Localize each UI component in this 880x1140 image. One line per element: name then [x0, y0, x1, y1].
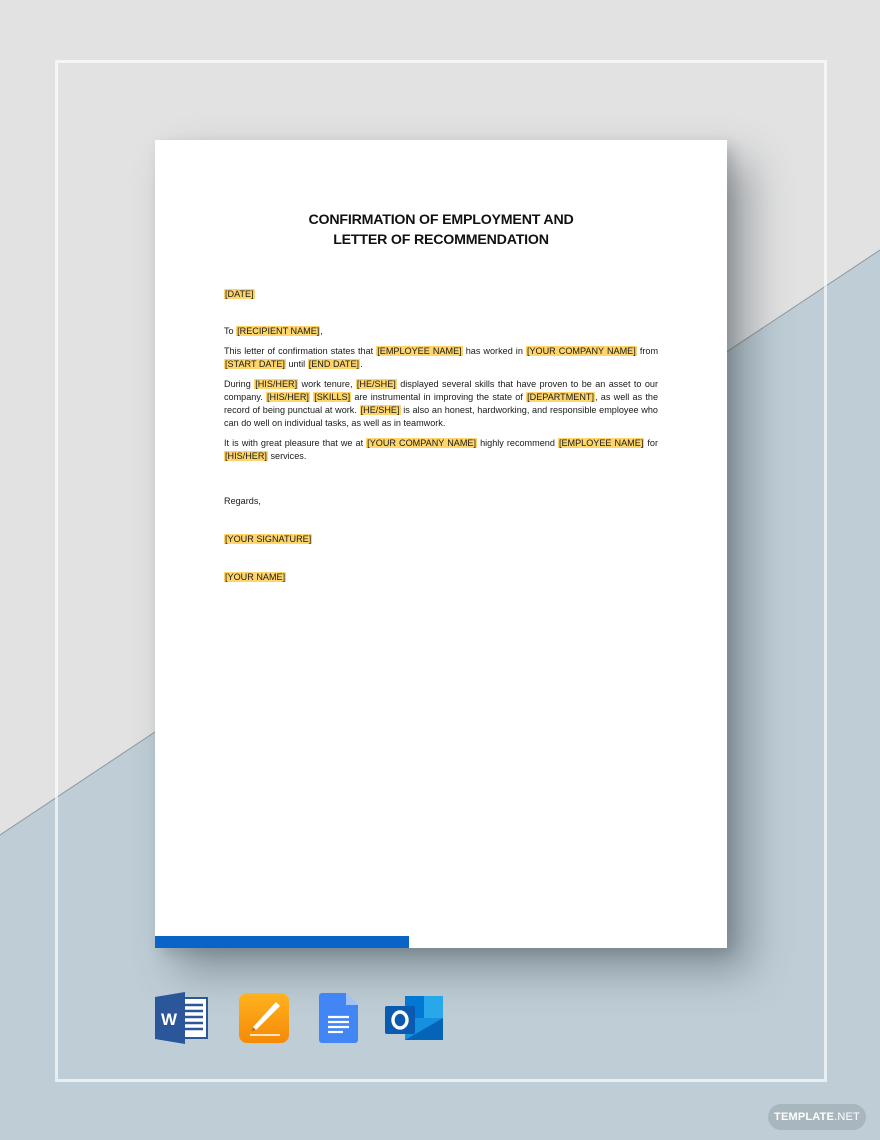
- paragraph-confirmation: This letter of confirmation states that …: [224, 345, 658, 371]
- format-icons: W: [155, 992, 455, 1046]
- recipient-placeholder: [RECIPIENT NAME]: [236, 326, 320, 336]
- employee-name-placeholder: [EMPLOYEE NAME]: [558, 438, 644, 448]
- name-placeholder: [YOUR NAME]: [224, 572, 286, 582]
- svg-text:W: W: [161, 1010, 178, 1029]
- signature-placeholder: [YOUR SIGNATURE]: [224, 534, 312, 544]
- his-her-placeholder: [HIS/HER]: [254, 379, 298, 389]
- date-placeholder: [DATE]: [224, 289, 255, 299]
- paragraph-skills: During [HIS/HER] work tenure, [HE/SHE] d…: [224, 378, 658, 430]
- pages-icon[interactable]: [238, 992, 290, 1044]
- template-net-watermark: TEMPLATE.NET: [768, 1104, 866, 1130]
- accent-bar: [155, 936, 409, 948]
- closing: Regards,: [224, 495, 658, 508]
- his-her-placeholder: [HIS/HER]: [224, 451, 268, 461]
- employee-name-placeholder: [EMPLOYEE NAME]: [376, 346, 462, 356]
- title-line-1: CONFIRMATION OF EMPLOYMENT AND: [155, 210, 727, 230]
- name-line: [YOUR NAME]: [224, 571, 658, 584]
- title-line-2: LETTER OF RECOMMENDATION: [155, 230, 727, 250]
- department-placeholder: [DEPARTMENT]: [526, 392, 595, 402]
- end-date-placeholder: [END DATE]: [308, 359, 360, 369]
- start-date-placeholder: [START DATE]: [224, 359, 286, 369]
- document-body: [DATE] To [RECIPIENT NAME], This letter …: [224, 288, 658, 584]
- he-she-placeholder: [HE/SHE]: [360, 405, 401, 415]
- skills-placeholder: [SKILLS]: [313, 392, 351, 402]
- company-name-placeholder: [YOUR COMPANY NAME]: [526, 346, 637, 356]
- document-title: CONFIRMATION OF EMPLOYMENT AND LETTER OF…: [155, 210, 727, 250]
- date-line: [DATE]: [224, 288, 658, 301]
- his-her-placeholder: [HIS/HER]: [266, 392, 310, 402]
- word-icon[interactable]: W: [155, 992, 209, 1044]
- salutation: To [RECIPIENT NAME],: [224, 325, 658, 338]
- paragraph-recommendation: It is with great pleasure that we at [YO…: [224, 437, 658, 463]
- he-she-placeholder: [HE/SHE]: [356, 379, 397, 389]
- company-name-placeholder: [YOUR COMPANY NAME]: [366, 438, 477, 448]
- google-docs-icon[interactable]: [318, 992, 360, 1044]
- document-page: CONFIRMATION OF EMPLOYMENT AND LETTER OF…: [155, 140, 727, 948]
- signature-line: [YOUR SIGNATURE]: [224, 533, 658, 546]
- outlook-icon[interactable]: [385, 992, 445, 1044]
